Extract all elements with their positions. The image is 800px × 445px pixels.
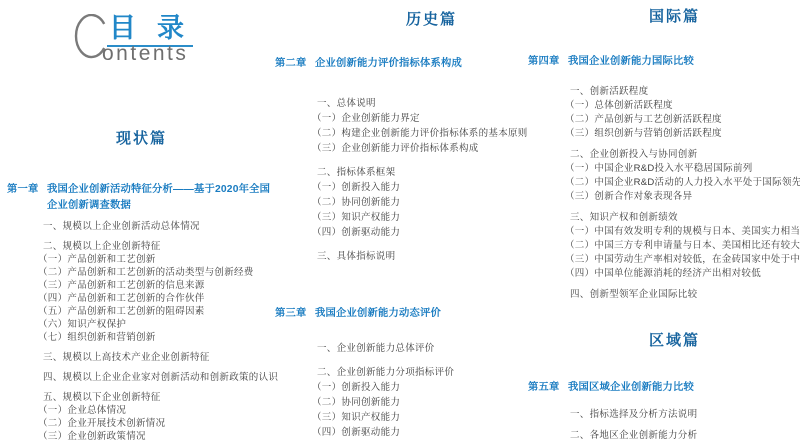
chapter-number: 第四章 (528, 54, 562, 70)
toc-item: （二）协同创新能力 (312, 396, 525, 411)
toc-item: （一）总体创新活跃程度 (565, 99, 800, 113)
toc-item: （三）知识产权能力 (312, 211, 525, 226)
toc-item: 三、知识产权和创新绩效 (570, 211, 800, 225)
toc-item: （二）企业开展技术创新情况 (38, 418, 277, 431)
part-header-regional: 区域篇 (649, 334, 700, 349)
toc-item: （四）创新驱动能力 (312, 426, 525, 441)
part-header-status: 现状篇 (116, 132, 167, 147)
chapter-item-list: 一、规模以上企业创新活动总体情况二、规模以上企业创新特征（一）产品创新和工艺创新… (7, 221, 277, 444)
chapter-item-list: 一、企业创新能力总体评价二、企业创新能力分项指标评价（一）创新投入能力（二）协同… (275, 342, 525, 441)
chapter-title: 我国企业创新能力动态评价 (315, 306, 525, 322)
toc-item: 二、指标体系框架 (317, 166, 525, 181)
part-header-history: 历史篇 (406, 13, 457, 28)
toc-item: 一、规模以上企业创新活动总体情况 (43, 221, 277, 234)
toc-item: （一）企业创新能力界定 (312, 112, 525, 127)
chapter-title: 我国区域企业创新能力比较 (568, 380, 800, 396)
toc-item: 三、具体指标说明 (317, 250, 525, 265)
toc-item: 一、指标选择及分析方法说明 (570, 408, 800, 422)
toc-item: （三）知识产权能力 (312, 411, 525, 426)
toc-item: （一）产品创新和工艺创新 (38, 254, 277, 267)
toc-item: （三）企业创新政策情况 (38, 431, 277, 444)
toc-item: （三）组织创新与营销创新活跃程度 (565, 127, 800, 141)
toc-item: （二）协同创新能力 (312, 196, 525, 211)
toc-item: （一）中国企业R&D投入水平稳居国际前列 (565, 162, 800, 176)
toc-item: （三）产品创新和工艺创新的信息来源 (38, 280, 277, 293)
logo-cn-char: 目 (109, 15, 136, 42)
chapter-1-block: 第一章 我国企业创新活动特征分析——基于2020年全国企业创新调查数据 一、规模… (7, 182, 277, 444)
toc-item: 四、创新型领军企业国际比较 (570, 288, 800, 302)
toc-item: （六）知识产权保护 (38, 319, 277, 332)
chapter-item-list: 一、指标选择及分析方法说明二、各地区企业创新能力分析 (528, 408, 800, 443)
toc-item: （二）中国三方专利申请量与日本、美国相比还有较大差距 (565, 239, 800, 253)
chapter-heading: 第五章 我国区域企业创新能力比较 (528, 380, 800, 396)
chapter-heading: 第二章 企业创新能力评价指标体系构成 (275, 56, 525, 72)
toc-item: （二）产品创新与工艺创新活跃程度 (565, 113, 800, 127)
logo-cn-char: 录 (157, 15, 184, 42)
toc-item: 二、企业创新能力分项指标评价 (317, 366, 525, 381)
toc-item: （二）产品创新和工艺创新的活动类型与创新经费 (38, 267, 277, 280)
toc-item: （二）中国企业R&D活动的人力投入水平处于国际领先位置 (565, 176, 800, 190)
chapter-number: 第三章 (275, 306, 309, 322)
part-header-international: 国际篇 (649, 10, 700, 25)
toc-item: 三、规模以上高技术产业企业创新特征 (43, 352, 277, 365)
chapter-number: 第二章 (275, 56, 309, 72)
logo-en-text: ontents (102, 43, 188, 64)
toc-item: （三）创新合作对象表现各异 (565, 190, 800, 204)
toc-item: （一）创新投入能力 (312, 181, 525, 196)
chapter-number: 第五章 (528, 380, 562, 396)
toc-item: （四）创新驱动能力 (312, 226, 525, 241)
chapter-heading: 第四章 我国企业创新能力国际比较 (528, 54, 800, 70)
toc-item: （五）产品创新和工艺创新的阻碍因素 (38, 306, 277, 319)
toc-item: 一、创新活跃程度 (570, 85, 800, 99)
chapter-heading: 第三章 我国企业创新能力动态评价 (275, 306, 525, 322)
chapter-3-block: 第三章 我国企业创新能力动态评价 一、企业创新能力总体评价二、企业创新能力分项指… (275, 306, 525, 440)
contents-logo: 目 录 ontents (72, 8, 207, 70)
toc-item: （七）组织创新和营销创新 (38, 332, 277, 345)
toc-item: 四、规模以上企业企业家对创新活动和创新政策的认识 (43, 372, 277, 385)
chapter-heading: 第一章 我国企业创新活动特征分析——基于2020年全国企业创新调查数据 (7, 182, 277, 214)
chapter-item-list: 一、创新活跃程度（一）总体创新活跃程度（二）产品创新与工艺创新活跃程度（三）组织… (528, 85, 800, 302)
toc-item: 二、规模以上企业创新特征 (43, 241, 277, 254)
chapter-title: 我国企业创新能力国际比较 (568, 54, 800, 70)
toc-item: （一）创新投入能力 (312, 381, 525, 396)
toc-item: 二、各地区企业创新能力分析 (570, 429, 800, 443)
toc-item: 二、企业创新投入与协同创新 (570, 148, 800, 162)
chapter-number: 第一章 (7, 182, 41, 198)
toc-item: （一）中国有效发明专利的规模与日本、美国实力相当 (565, 225, 800, 239)
toc-item: （二）构建企业创新能力评价指标体系的基本原则 (312, 127, 525, 142)
chapter-title: 我国企业创新活动特征分析——基于2020年全国企业创新调查数据 (47, 182, 277, 214)
chapter-5-block: 第五章 我国区域企业创新能力比较 一、指标选择及分析方法说明二、各地区企业创新能… (528, 380, 800, 442)
toc-item: （三）企业创新能力评价指标体系构成 (312, 142, 525, 157)
toc-page: 目 录 ontents 现状篇 历史篇 国际篇 区域篇 第一章 我国企业创新活动… (0, 0, 800, 445)
chapter-4-block: 第四章 我国企业创新能力国际比较 一、创新活跃程度（一）总体创新活跃程度（二）产… (528, 54, 800, 301)
chapter-item-list: 一、总体说明（一）企业创新能力界定（二）构建企业创新能力评价指标体系的基本原则（… (275, 97, 525, 265)
toc-item: （四）中国单位能源消耗的经济产出相对较低 (565, 267, 800, 281)
toc-item: （一）企业总体情况 (38, 405, 277, 418)
toc-item: 一、企业创新能力总体评价 (317, 342, 525, 357)
toc-item: 一、总体说明 (317, 97, 525, 112)
chapter-title: 企业创新能力评价指标体系构成 (315, 56, 525, 72)
toc-item: （三）中国劳动生产率相对较低，在金砖国家中处于中等水平 (565, 253, 800, 267)
chapter-2-block: 第二章 企业创新能力评价指标体系构成 一、总体说明（一）企业创新能力界定（二）构… (275, 56, 525, 264)
toc-item: 五、规模以下企业创新特征 (43, 392, 277, 405)
toc-item: （四）产品创新和工艺创新的合作伙伴 (38, 293, 277, 306)
